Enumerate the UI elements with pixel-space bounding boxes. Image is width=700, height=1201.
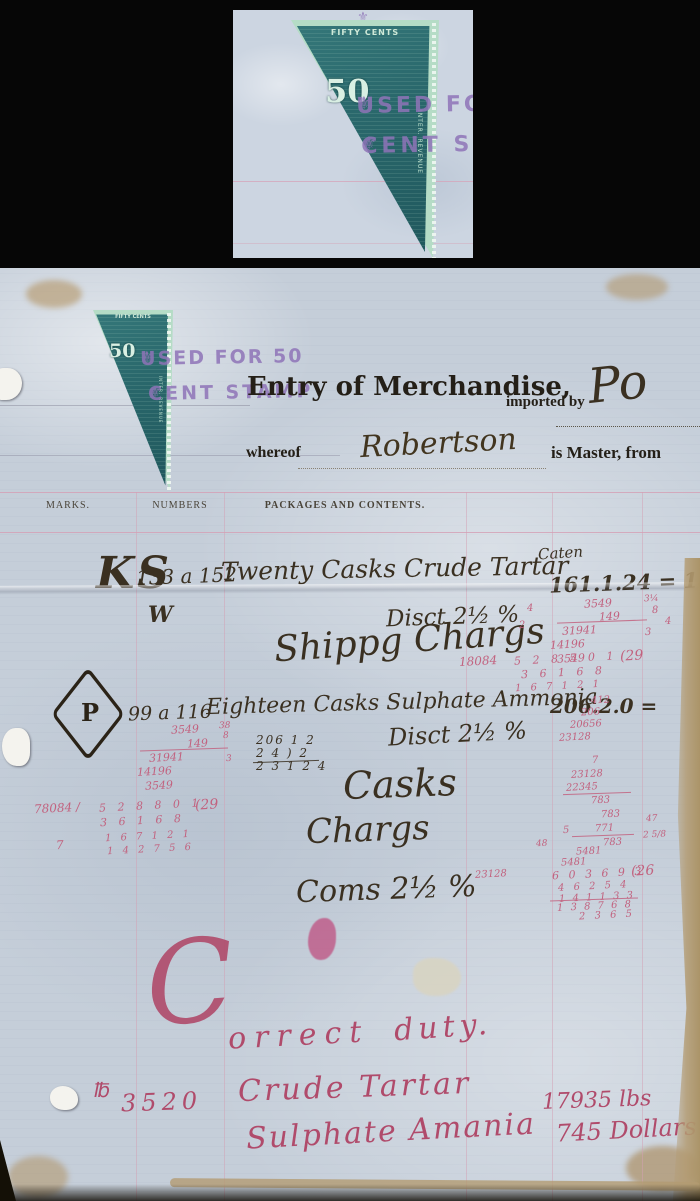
page-shadow xyxy=(0,1184,700,1201)
foxing-stain xyxy=(26,280,82,308)
fleur-icon: ⚜ xyxy=(148,383,165,401)
scanned-customs-entry: ⚜ FIFTY CENTS 50 INTER. REVENUE ⚜ USED F… xyxy=(0,0,700,1201)
write-in-line xyxy=(298,468,546,469)
entry-of-merchandise-document: FIFTY CENTS 50 INTER. REVENUE ⚜ USED FOR… xyxy=(0,268,700,1201)
stamp-denomination: 50 xyxy=(109,340,135,362)
correct-duty-initial: C xyxy=(141,913,238,1053)
torn-hole xyxy=(0,368,22,400)
charges-handwriting: Chargs xyxy=(305,808,430,852)
entry2-discount: Disct 2½ % xyxy=(387,716,527,751)
fleur-icon: ⚜ xyxy=(361,134,381,154)
whereof-label: whereof xyxy=(246,444,301,462)
column-header-packages: PACKAGES AND CONTENTS. xyxy=(225,500,465,511)
stamp-top-text: FIFTY CENTS xyxy=(93,314,173,320)
stamp-detail-inset: ⚜ FIFTY CENTS 50 INTER. REVENUE ⚜ USED F… xyxy=(233,10,473,258)
stamp-top-text: FIFTY CENTS xyxy=(291,28,439,37)
correct-duty-word: orrect xyxy=(227,1014,370,1056)
footer-value1: 17935 lbs xyxy=(542,1086,652,1115)
importer-handwriting: Po xyxy=(585,353,650,415)
master-name-handwriting: Robertson xyxy=(359,422,517,465)
column-header-numbers: NUMBERS xyxy=(140,500,220,511)
entry2-description: Eighteen Casks Sulphate Ammonia xyxy=(206,685,598,720)
entry1-marks-secondary: W xyxy=(148,602,173,628)
foxing-stain xyxy=(606,274,668,300)
write-in-line xyxy=(556,426,700,427)
footer-item1: Crude Tartar xyxy=(237,1066,471,1109)
entry2-weight: 206.2.0 = xyxy=(550,694,657,718)
casks-handwriting: Casks xyxy=(342,760,457,808)
entry1-weight-label: Caten xyxy=(537,542,583,563)
torn-hole xyxy=(2,728,30,766)
entry1-description: Twenty Casks Crude Tartar xyxy=(221,551,569,586)
is-master-label: is Master, from xyxy=(551,443,661,463)
imported-by-label: imported by xyxy=(506,394,585,411)
table-rule xyxy=(0,492,700,493)
footer-value2: 745 Dollars xyxy=(555,1112,697,1147)
column-header-marks: MARKS. xyxy=(20,500,116,511)
page-curl-edge xyxy=(666,558,700,1201)
red-ink-blot xyxy=(308,918,336,960)
entry2-marks: P xyxy=(70,698,110,727)
shipping-charges-handwriting: Shippg Chargs xyxy=(273,611,546,671)
torn-hole xyxy=(50,1086,78,1110)
duty-word: duty. xyxy=(393,1007,493,1049)
commission-handwriting: Coms 2½ % xyxy=(295,869,477,910)
paper-patch xyxy=(413,958,461,996)
table-rule xyxy=(0,532,700,533)
entry2-numbers: 99 a 116 xyxy=(128,701,213,726)
handstamp-text: USED FOR 50 xyxy=(140,345,304,370)
handstamp-text: USED FOR 50 xyxy=(356,91,473,119)
lot-number: 3520 xyxy=(121,1087,203,1118)
pound-mark: ℔ xyxy=(94,1078,110,1102)
ink-calc-line: 2 3 1 2 4 xyxy=(256,760,327,773)
table-rule xyxy=(224,492,225,1201)
footer-item2: Sulphate Amania xyxy=(245,1106,536,1156)
